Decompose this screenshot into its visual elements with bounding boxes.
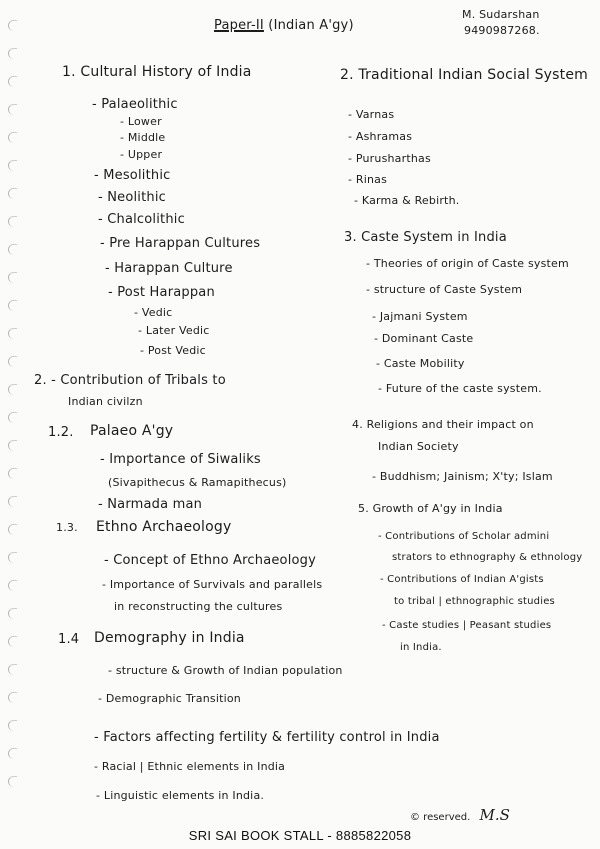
signature-mark: M.S — [479, 806, 509, 824]
list-item: strators to ethnography & ethnology — [392, 552, 582, 563]
list-item: - Buddhism; Jainism; X'ty; Islam — [372, 470, 553, 483]
list-item: - Importance of Survivals and parallels — [102, 578, 322, 591]
list-item: (Sivapithecus & Ramapithecus) — [108, 476, 287, 489]
list-item: - structure & Growth of Indian populatio… — [108, 664, 343, 677]
list-item: - Later Vedic — [138, 324, 210, 337]
list-item: - Chalcolithic — [98, 212, 185, 227]
list-item: - Middle — [120, 131, 165, 144]
list-item: - Neolithic — [98, 190, 166, 205]
list-item: - Mesolithic — [94, 168, 170, 183]
list-item: - Post Harappan — [108, 285, 215, 300]
paper-subtitle: (Indian A'gy) — [268, 18, 353, 33]
section-1-4-title: Demography in India — [94, 630, 245, 646]
list-item: to tribal | ethnographic studies — [394, 596, 555, 607]
section-2-title: 2. Traditional Indian Social System — [340, 67, 588, 83]
list-item: - Theories of origin of Caste system — [366, 257, 569, 270]
section-1-3-number: 1.3. — [56, 521, 78, 534]
contribution-heading: 2. - Contribution of Tribals to — [34, 373, 226, 388]
list-item: - Vedic — [134, 306, 172, 319]
notes-page: Paper-II (Indian A'gy) M. Sudarshan 9490… — [0, 0, 600, 849]
list-item: - Contributions of Indian A'gists — [380, 574, 544, 585]
spiral-binding — [4, 20, 22, 820]
list-item: - Varnas — [348, 108, 394, 121]
author-phone: 9490987268. — [464, 24, 540, 37]
list-item: - structure of Caste System — [366, 283, 522, 296]
list-item: - Future of the caste system. — [378, 382, 542, 395]
list-item: - Demographic Transition — [98, 692, 241, 705]
contribution-heading-cont: Indian civilzn — [68, 395, 143, 408]
list-item: - Racial | Ethnic elements in India — [94, 760, 285, 773]
list-item: - Dominant Caste — [374, 332, 473, 345]
section-1-4-number: 1.4 — [58, 632, 79, 647]
list-item: - Lower — [120, 115, 162, 128]
paper-label: Paper-II — [214, 18, 264, 33]
list-item: in reconstructing the cultures — [114, 600, 282, 613]
section-1-2-title: Palaeo A'gy — [90, 423, 173, 439]
list-item: - Importance of Siwaliks — [100, 452, 261, 467]
footer-stamp: SRI SAI BOOK STALL - 8885822058 — [0, 828, 600, 843]
list-item: - Linguistic elements in India. — [96, 789, 264, 802]
list-item: - Purusharthas — [348, 152, 431, 165]
list-item: - Factors affecting fertility & fertilit… — [94, 730, 440, 745]
list-item: - Caste studies | Peasant studies — [382, 620, 551, 631]
list-item: - Pre Harappan Cultures — [100, 236, 260, 251]
list-item: in India. — [400, 642, 442, 653]
list-item: - Rinas — [348, 173, 387, 186]
list-item: - Karma & Rebirth. — [354, 194, 459, 207]
signature: © reserved. M.S — [410, 806, 510, 824]
section-1-3-title: Ethno Archaeology — [96, 519, 231, 535]
list-item: - Contributions of Scholar admini — [378, 531, 549, 542]
copyright-note: © reserved. — [410, 812, 470, 823]
page-title: Paper-II (Indian A'gy) — [214, 18, 354, 33]
section-5-title: 5. Growth of A'gy in India — [358, 502, 503, 515]
list-item: - Narmada man — [98, 497, 202, 512]
section-1-title: 1. Cultural History of India — [62, 64, 252, 80]
list-item: - Palaeolithic — [92, 97, 178, 112]
section-3-title: 3. Caste System in India — [344, 230, 507, 245]
list-item: - Post Vedic — [140, 344, 206, 357]
section-4-title-cont: Indian Society — [378, 440, 459, 453]
list-item: - Jajmani System — [372, 310, 468, 323]
list-item: - Caste Mobility — [376, 357, 465, 370]
author-name: M. Sudarshan — [462, 8, 540, 21]
list-item: - Harappan Culture — [105, 261, 233, 276]
list-item: - Concept of Ethno Archaeology — [104, 553, 316, 568]
section-4-title: 4. Religions and their impact on — [352, 418, 534, 431]
section-1-2-number: 1.2. — [48, 425, 74, 440]
list-item: - Upper — [120, 148, 162, 161]
list-item: - Ashramas — [348, 130, 412, 143]
